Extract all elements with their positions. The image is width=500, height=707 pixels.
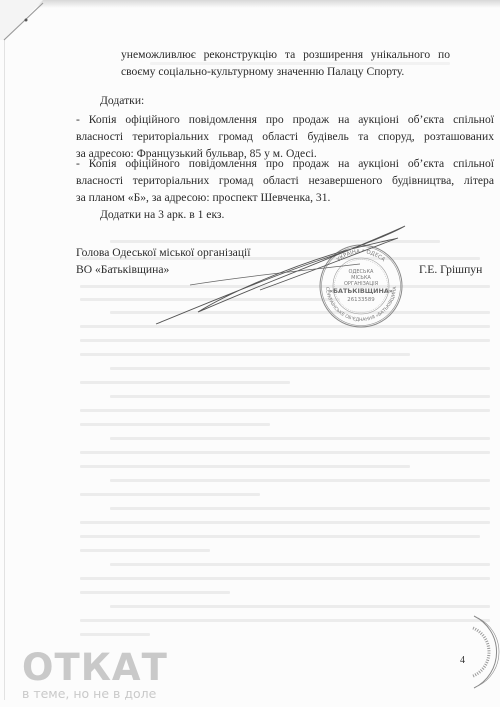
folded-corner-icon: [0, 0, 50, 50]
watermark-tagline: в теме, но не в доле: [22, 687, 168, 701]
attachment-1-line-1: - Копія офіційного повідомлення про прод…: [76, 111, 494, 128]
attachment-2-line-3: за планом «Б», за адресою: проспект Шевч…: [76, 189, 330, 206]
scan-left-edge: [4, 40, 5, 700]
document-page: унеможливлює реконструкцію та розширення…: [0, 0, 500, 707]
attachments-heading: Додатки:: [100, 92, 144, 109]
attachment-2-line-2: власності територіальних громад області …: [76, 172, 494, 189]
page-number: 4: [460, 655, 465, 666]
handwritten-signature: [150, 222, 410, 332]
partial-stamp-edge: [470, 614, 500, 690]
intro-line-1: унеможливлює реконструкцію та розширення…: [121, 46, 450, 63]
attachments-count: Додатки на 3 арк. в 1 екз.: [100, 206, 224, 223]
watermark: ОТКАТ в теме, но не в доле: [22, 650, 168, 701]
attachment-2-line-1: - Копія офіційного повідомлення про прод…: [76, 155, 494, 172]
signatory-name: Г.Е. Грішпун: [419, 261, 482, 278]
intro-line-2: своєму соціально-культурному значенню Па…: [121, 63, 404, 80]
scan-top-shadow: [30, 0, 500, 8]
watermark-title: ОТКАТ: [22, 650, 168, 686]
attachment-1-line-2: власності територіальних громад області …: [76, 128, 494, 145]
